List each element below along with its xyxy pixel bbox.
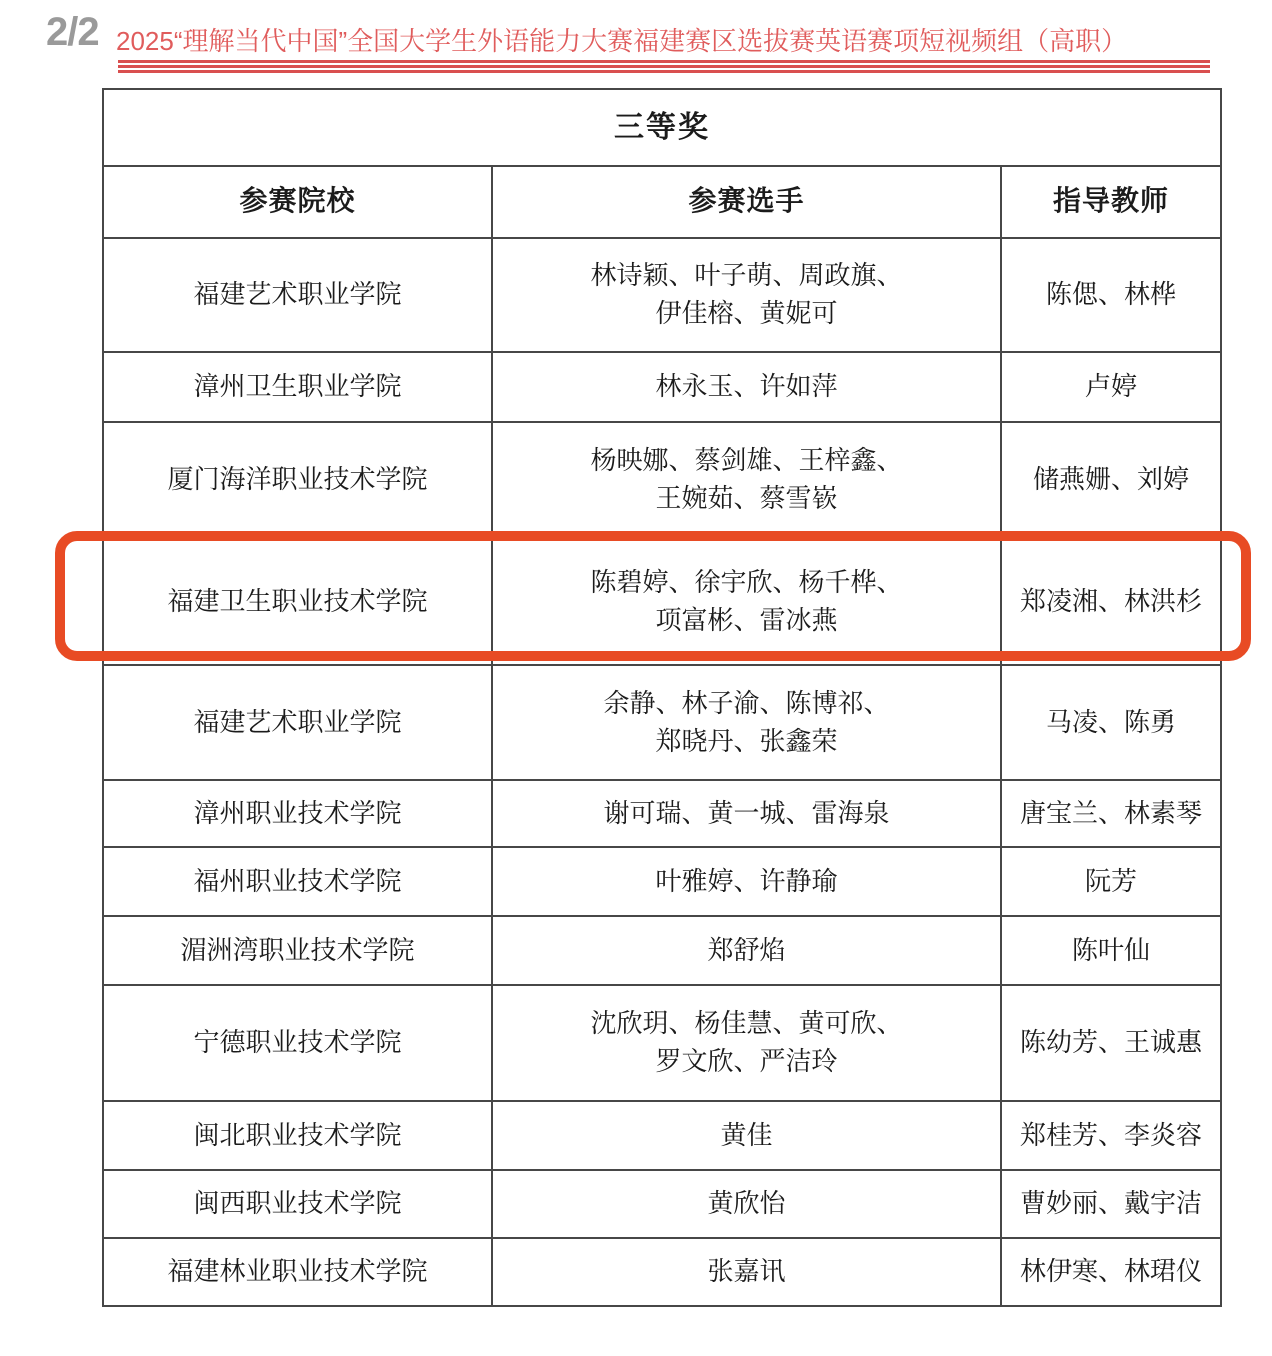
school-cell: 福州职业技术学院 — [103, 847, 492, 916]
teachers-cell: 卢婷 — [1001, 352, 1221, 422]
award-results-table: 三等奖 参赛院校 参赛选手 指导教师 福建艺术职业学院 林诗颖、叶子萌、周政旗、… — [102, 88, 1222, 1307]
school-cell: 漳州卫生职业学院 — [103, 352, 492, 422]
players-cell: 谢可瑞、黄一城、雷海泉 — [492, 780, 1001, 847]
players-cell: 陈碧婷、徐宇欣、杨千桦、 项富彬、雷冰燕 — [492, 538, 1001, 665]
players-cell: 郑舒焰 — [492, 916, 1001, 985]
school-cell: 漳州职业技术学院 — [103, 780, 492, 847]
teachers-cell: 陈偲、林桦 — [1001, 238, 1221, 352]
school-cell: 福建林业职业技术学院 — [103, 1238, 492, 1306]
table-row: 湄洲湾职业技术学院 郑舒焰 陈叶仙 — [103, 916, 1221, 985]
school-cell: 福建艺术职业学院 — [103, 665, 492, 780]
teachers-cell: 郑桂芳、李炎容 — [1001, 1101, 1221, 1170]
table-row: 福建艺术职业学院 林诗颖、叶子萌、周政旗、 伊佳榕、黄妮可 陈偲、林桦 — [103, 238, 1221, 352]
table-row-highlighted: 福建卫生职业技术学院 陈碧婷、徐宇欣、杨千桦、 项富彬、雷冰燕 郑凌湘、林洪杉 — [103, 538, 1221, 665]
table-row: 福州职业技术学院 叶雅婷、许静瑜 阮芳 — [103, 847, 1221, 916]
table-row: 漳州卫生职业学院 林永玉、许如萍 卢婷 — [103, 352, 1221, 422]
title-underline-rule — [118, 60, 1210, 73]
school-cell: 闽北职业技术学院 — [103, 1101, 492, 1170]
table-row: 厦门海洋职业技术学院 杨映娜、蔡剑雄、王梓鑫、 王婉茹、蔡雪嵚 储燕姗、刘婷 — [103, 422, 1221, 538]
teachers-cell: 马凌、陈勇 — [1001, 665, 1221, 780]
players-cell: 黄佳 — [492, 1101, 1001, 1170]
players-cell: 林永玉、许如萍 — [492, 352, 1001, 422]
teachers-cell: 储燕姗、刘婷 — [1001, 422, 1221, 538]
table-header-row: 参赛院校 参赛选手 指导教师 — [103, 166, 1221, 238]
players-cell: 张嘉讯 — [492, 1238, 1001, 1306]
award-tier-title: 三等奖 — [103, 89, 1221, 166]
players-cell: 余静、林子渝、陈博祁、 郑晓丹、张鑫荣 — [492, 665, 1001, 780]
school-cell: 福建艺术职业学院 — [103, 238, 492, 352]
players-cell: 沈欣玥、杨佳慧、黄可欣、 罗文欣、严洁玲 — [492, 985, 1001, 1101]
school-cell: 湄洲湾职业技术学院 — [103, 916, 492, 985]
table-title-row: 三等奖 — [103, 89, 1221, 166]
players-cell: 林诗颖、叶子萌、周政旗、 伊佳榕、黄妮可 — [492, 238, 1001, 352]
document-title: 2025“理解当代中国”全国大学生外语能力大赛福建赛区选拔赛英语赛项短视频组（高… — [116, 26, 1127, 57]
table-row: 闽西职业技术学院 黄欣怡 曹妙丽、戴宇洁 — [103, 1170, 1221, 1238]
teachers-cell: 阮芳 — [1001, 847, 1221, 916]
school-cell: 厦门海洋职业技术学院 — [103, 422, 492, 538]
table-row: 漳州职业技术学院 谢可瑞、黄一城、雷海泉 唐宝兰、林素琴 — [103, 780, 1221, 847]
table-row: 福建艺术职业学院 余静、林子渝、陈博祁、 郑晓丹、张鑫荣 马凌、陈勇 — [103, 665, 1221, 780]
school-cell: 宁德职业技术学院 — [103, 985, 492, 1101]
header-school: 参赛院校 — [103, 166, 492, 238]
players-cell: 黄欣怡 — [492, 1170, 1001, 1238]
school-cell: 闽西职业技术学院 — [103, 1170, 492, 1238]
table-row: 福建林业职业技术学院 张嘉讯 林伊寒、林珺仪 — [103, 1238, 1221, 1306]
teachers-cell: 郑凌湘、林洪杉 — [1001, 538, 1221, 665]
page-number-indicator: 2/2 — [46, 12, 99, 52]
teachers-cell: 曹妙丽、戴宇洁 — [1001, 1170, 1221, 1238]
header-players: 参赛选手 — [492, 166, 1001, 238]
teachers-cell: 陈幼芳、王诚惠 — [1001, 985, 1221, 1101]
table-row: 宁德职业技术学院 沈欣玥、杨佳慧、黄可欣、 罗文欣、严洁玲 陈幼芳、王诚惠 — [103, 985, 1221, 1101]
players-cell: 杨映娜、蔡剑雄、王梓鑫、 王婉茹、蔡雪嵚 — [492, 422, 1001, 538]
teachers-cell: 陈叶仙 — [1001, 916, 1221, 985]
school-cell: 福建卫生职业技术学院 — [103, 538, 492, 665]
players-cell: 叶雅婷、许静瑜 — [492, 847, 1001, 916]
teachers-cell: 林伊寒、林珺仪 — [1001, 1238, 1221, 1306]
header-teachers: 指导教师 — [1001, 166, 1221, 238]
teachers-cell: 唐宝兰、林素琴 — [1001, 780, 1221, 847]
document-page: 2/2 2025“理解当代中国”全国大学生外语能力大赛福建赛区选拔赛英语赛项短视… — [0, 0, 1272, 1356]
table-row: 闽北职业技术学院 黄佳 郑桂芳、李炎容 — [103, 1101, 1221, 1170]
